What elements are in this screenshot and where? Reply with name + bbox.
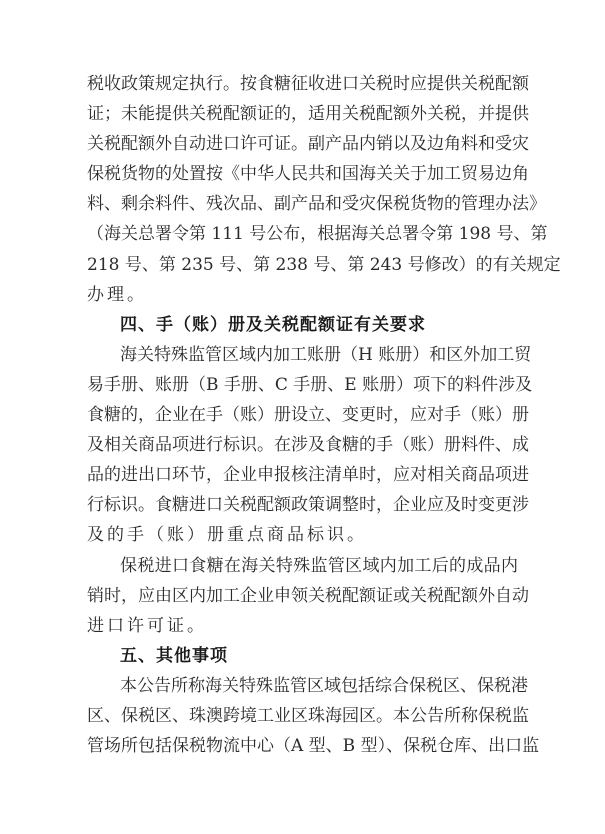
paragraph-line: 区、保税区、珠澳跨境工业区珠海园区。本公告所称保税监: [87, 701, 518, 731]
paragraph-line: 税收政策规定执行。按食糖征收进口关税时应提供关税配额: [87, 69, 518, 99]
paragraph-line: 销时，应由区内加工企业申领关税配额证或关税配额外自动: [87, 581, 518, 611]
paragraph-line: 海关特殊监管区域内加工账册（H 账册）和区外加工贸: [87, 340, 518, 370]
paragraph-line: 办理。: [87, 280, 518, 310]
paragraph-line: 料、剩余料件、残次品、副产品和受灾保税货物的管理办法》: [87, 189, 518, 219]
document-page: 税收政策规定执行。按食糖征收进口关税时应提供关税配额 证；未能提供关税配额证的，…: [0, 0, 605, 834]
paragraph-line: 218 号、第 235 号、第 238 号、第 243 号修改）的有关规定: [87, 250, 518, 280]
paragraph-line: 食糖的，企业在手（账）册设立、变更时，应对手（账）册: [87, 400, 518, 430]
document-body: 税收政策规定执行。按食糖征收进口关税时应提供关税配额 证；未能提供关税配额证的，…: [87, 69, 518, 761]
paragraph-line: 本公告所称海关特殊监管区域包括综合保税区、保税港: [87, 671, 518, 701]
paragraph-line: 管场所包括保税物流中心（A 型、B 型）、保税仓库、出口监: [87, 731, 518, 761]
paragraph-line: 行标识。食糖进口关税配额政策调整时，企业应及时变更涉: [87, 490, 518, 520]
paragraph-line: 进口许可证。: [87, 611, 518, 641]
paragraph-line: 证；未能提供关税配额证的，适用关税配额外关税，并提供: [87, 99, 518, 129]
paragraph-line: （海关总署令第 111 号公布，根据海关总署令第 198 号、第: [87, 219, 518, 249]
paragraph-line: 品的进出口环节，企业申报核注清单时，应对相关商品项进: [87, 460, 518, 490]
paragraph-line: 保税货物的处置按《中华人民共和国海关关于加工贸易边角: [87, 159, 518, 189]
paragraph-line: 及相关商品项进行标识。在涉及食糖的手（账）册料件、成: [87, 430, 518, 460]
paragraph-line: 及的手（账）册重点商品标识。: [87, 520, 518, 550]
paragraph-line: 保税进口食糖在海关特殊监管区域内加工后的成品内: [87, 551, 518, 581]
section-heading-4: 四、手（账）册及关税配额证有关要求: [87, 310, 518, 340]
paragraph-line: 易手册、账册（B 手册、C 手册、E 账册）项下的料件涉及: [87, 370, 518, 400]
section-heading-5: 五、其他事项: [87, 641, 518, 671]
paragraph-line: 关税配额外自动进口许可证。副产品内销以及边角料和受灾: [87, 129, 518, 159]
